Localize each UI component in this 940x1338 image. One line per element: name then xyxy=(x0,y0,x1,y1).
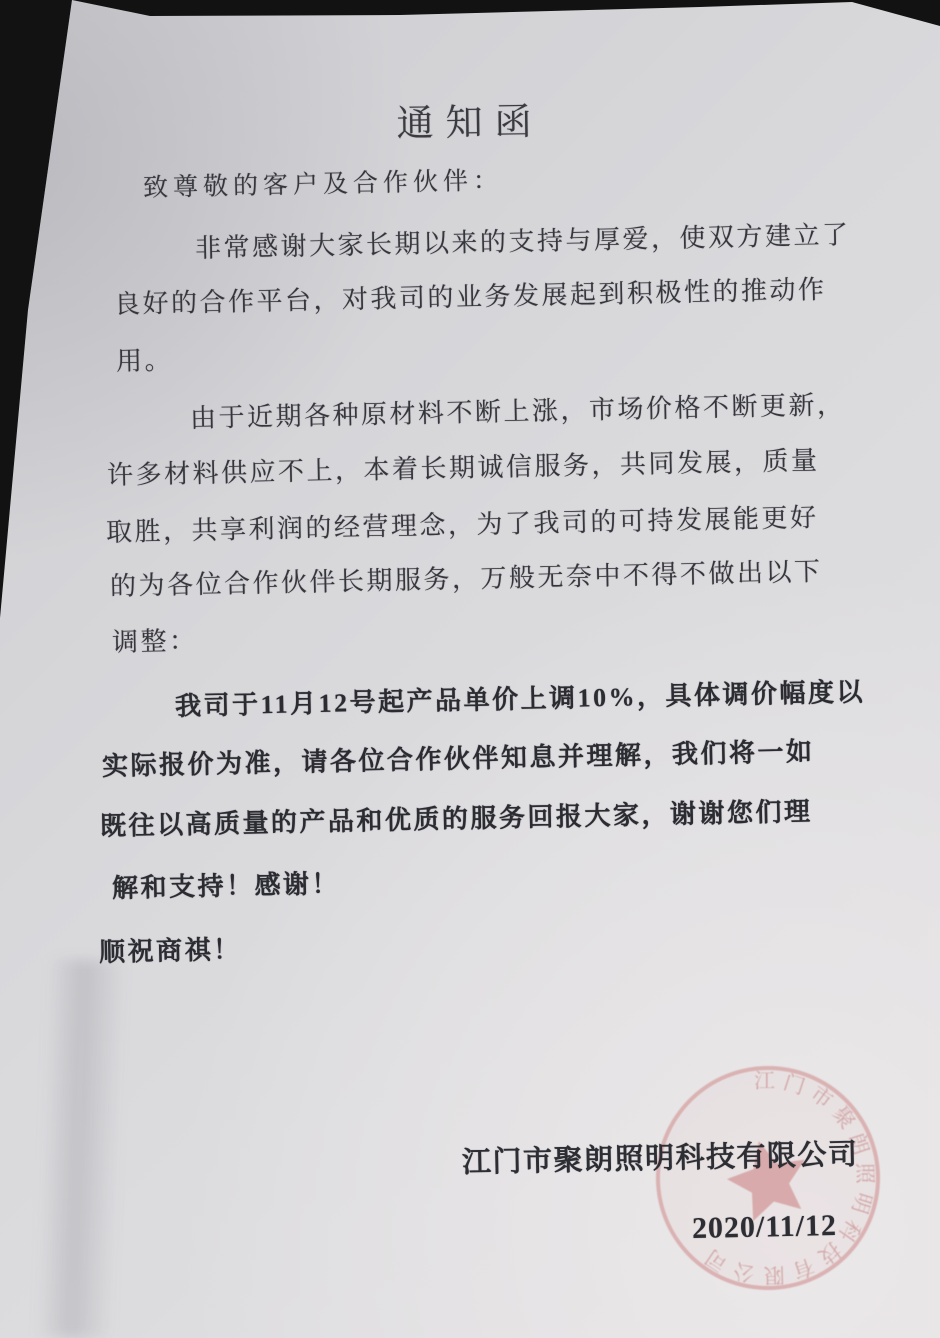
body-line: 实际报价为准，请各位合作伙伴知息并理解，我们将一如 xyxy=(102,731,815,783)
closing-line: 顺祝商祺！ xyxy=(99,929,242,969)
body-line: 许多材料供应不上，本着长期诚信服务，共同发展，质量 xyxy=(107,440,820,492)
company-signature: 江门市聚朗照明科技有限公司 xyxy=(462,1132,859,1181)
body-line: 良好的合作平台，对我司的业务发展起到积极性的推动作 xyxy=(114,269,827,321)
document-content: 江门市聚朗照明科技有限公司 通知函 致尊敬的客户及合作伙伴： 非常感谢大家长期以… xyxy=(0,0,940,1338)
document-page: 江门市聚朗照明科技有限公司 通知函 致尊敬的客户及合作伙伴： 非常感谢大家长期以… xyxy=(0,0,940,1338)
body-line: 既往以高质量的产品和优质的服务回报大家，谢谢您们理 xyxy=(100,791,813,843)
body-line: 由于近期各种原材料不断上涨，市场价格不断更新， xyxy=(190,384,846,435)
body-line: 我司于11月12号起产品单价上调10%，具体调价幅度以 xyxy=(175,672,866,723)
photo-background: 江门市聚朗照明科技有限公司 通知函 致尊敬的客户及合作伙伴： 非常感谢大家长期以… xyxy=(0,0,940,1338)
document-title: 通知函 xyxy=(0,85,940,152)
body-line: 的为各位合作伙伴长期服务，万般无奈中不得不做出以下 xyxy=(110,551,823,603)
body-line: 调整： xyxy=(112,620,198,659)
salutation-line: 致尊敬的客户及合作伙伴： xyxy=(143,160,504,204)
company-seal: 江门市聚朗照明科技有限公司 xyxy=(615,1025,920,1330)
body-line: 解和支持！感谢！ xyxy=(112,863,341,905)
body-line: 非常感谢大家长期以来的支持与厚爱，使双方建立了 xyxy=(195,214,851,265)
signature-date: 2020/11/12 xyxy=(692,1209,838,1246)
body-line: 用。 xyxy=(116,340,174,378)
body-line: 取胜，共享利润的经营理念，为了我司的可持发展能更好 xyxy=(106,497,819,549)
